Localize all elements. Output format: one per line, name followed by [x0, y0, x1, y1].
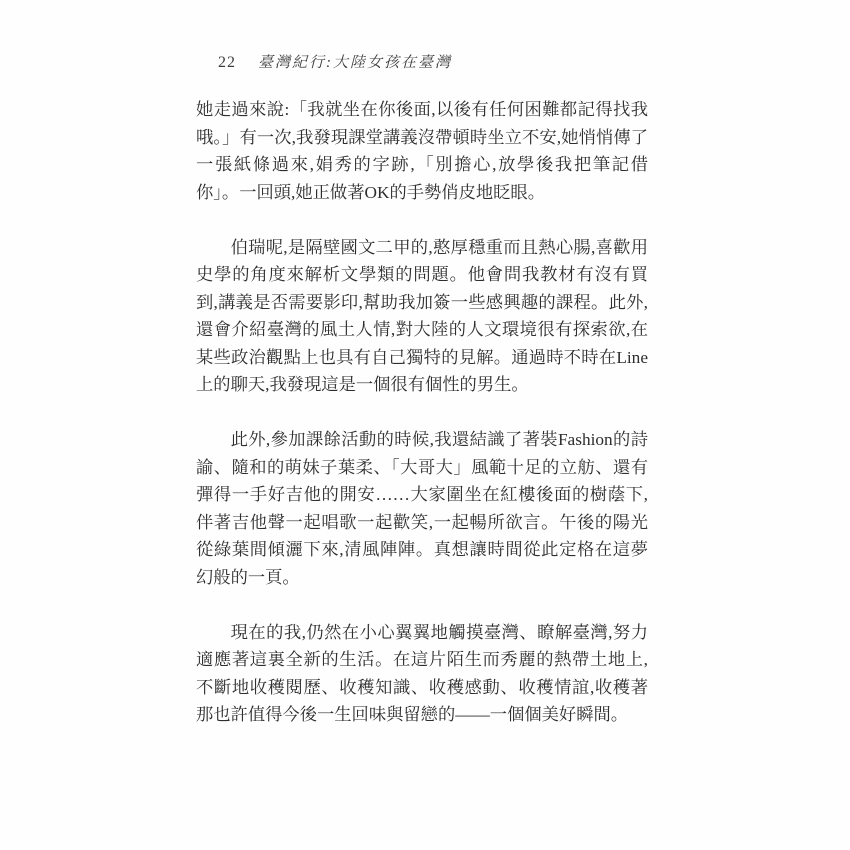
body-text: 她走過來說:「我就坐在你後面,以後有任何困難都記得找我哦。」有一次,我發現課堂講…	[196, 96, 648, 756]
book-page: 22 臺灣紀行:大陸女孩在臺灣 她走過來說:「我就坐在你後面,以後有任何困難都記…	[0, 0, 850, 850]
page-header: 22 臺灣紀行:大陸女孩在臺灣	[218, 51, 452, 72]
paragraph: 現在的我,仍然在小心翼翼地觸摸臺灣、瞭解臺灣,努力適應著這裏全新的生活。在這片陌…	[196, 619, 648, 729]
paragraph: 她走過來說:「我就坐在你後面,以後有任何困難都記得找我哦。」有一次,我發現課堂講…	[196, 96, 648, 206]
paragraph: 伯瑞呢,是隔壁國文二甲的,憨厚穩重而且熱心腸,喜歡用史學的角度來解析文學類的問題…	[196, 234, 648, 399]
page-number: 22	[218, 54, 236, 72]
paragraph: 此外,參加課餘活動的時候,我還結識了著裝Fashion的詩諭、隨和的萌妹子葉柔、…	[196, 426, 648, 591]
running-title: 臺灣紀行:大陸女孩在臺灣	[258, 51, 452, 72]
